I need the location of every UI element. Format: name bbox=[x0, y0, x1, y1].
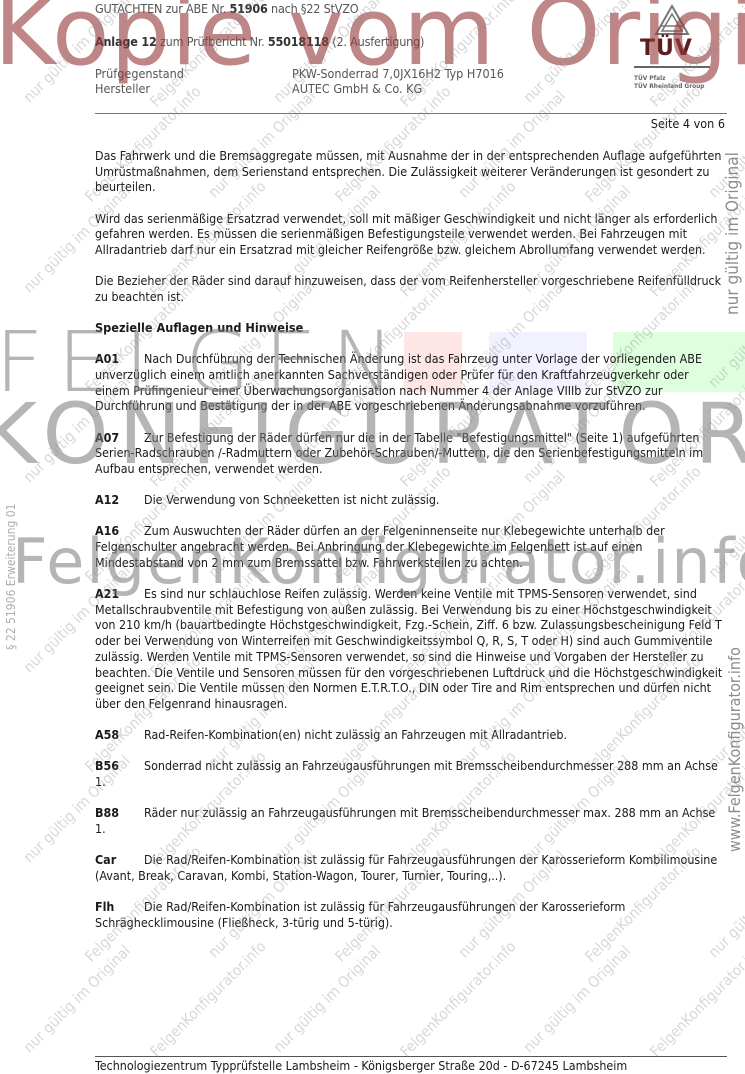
abe-number: 51906 bbox=[230, 1, 268, 16]
diagonal-watermark: FelgenKonfigurator.info bbox=[397, 937, 520, 1060]
value-test-object: PKW-Sonderrad 7,0JX16H2 Typ H7016 bbox=[292, 66, 504, 81]
condition-item: A16Zum Auswuchten der Räder dürfen an de… bbox=[95, 523, 725, 570]
condition-item: A58Rad-Reifen-Kombination(en) nicht zulä… bbox=[95, 727, 725, 743]
condition-item: A01Nach Durchführung der Technischen Änd… bbox=[95, 351, 725, 414]
footer-divider bbox=[95, 1056, 727, 1057]
condition-item: B56Sonderrad nicht zulässig an Fahrzeuga… bbox=[95, 758, 725, 789]
condition-item: FlhDie Rad/Reifen-Kombination ist zuläss… bbox=[95, 899, 725, 930]
diagonal-watermark: nur gültig im Original bbox=[520, 0, 634, 106]
condition-item: B88Räder nur zulässig an Fahrzeugausführ… bbox=[95, 805, 725, 836]
condition-item: CarDie Rad/Reifen-Kombination ist zuläss… bbox=[95, 852, 725, 883]
condition-text: Räder nur zulässig an Fahrzeugausführung… bbox=[95, 805, 715, 836]
paragraph: Wird das serienmäßige Ersatzrad verwende… bbox=[95, 211, 725, 258]
condition-text: Sonderrad nicht zulässig an Fahrzeugausf… bbox=[95, 758, 718, 789]
condition-text: Die Verwendung von Schneeketten ist nich… bbox=[144, 492, 439, 507]
tuv-divider bbox=[634, 66, 710, 68]
diagonal-watermark: nur gültig im Original bbox=[520, 942, 634, 1056]
tuv-brand: TÜV bbox=[640, 36, 693, 61]
watermark-vertical-site: www.FelgenKonfigurator.info bbox=[725, 647, 744, 852]
margin-reference: § 22 51906 Erweiterung 01 bbox=[4, 504, 18, 651]
condition-item: A07Zur Befestigung der Räder dürfen nur … bbox=[95, 430, 725, 477]
header-divider bbox=[95, 113, 727, 114]
tuv-sub-2: TÜV Rheinland Group bbox=[634, 82, 704, 90]
tuv-triangle-icon bbox=[654, 4, 690, 36]
report-number: 55018118 bbox=[268, 34, 329, 49]
document-page: GUTACHTEN zur ABE Nr. 51906 nach §22 StV… bbox=[0, 0, 745, 1074]
label-test-object: Prüfgegenstand bbox=[95, 66, 184, 81]
condition-text: Es sind nur schlauchlose Reifen zulässig… bbox=[95, 586, 722, 711]
condition-text: Nach Durchführung der Technischen Änderu… bbox=[95, 351, 702, 413]
anlage-label: Anlage 12 bbox=[95, 34, 157, 49]
tuv-sub-1: TÜV Pfalz bbox=[634, 74, 665, 82]
condition-text: Zur Befestigung der Räder dürfen nur die… bbox=[95, 430, 703, 476]
section-title: Spezielle Auflagen und Hinweise bbox=[95, 320, 725, 336]
paragraph: Das Fahrwerk und die Bremsaggregate müss… bbox=[95, 148, 725, 195]
condition-code: A58 bbox=[95, 727, 144, 743]
value-manufacturer: AUTEC GmbH & Co. KG bbox=[292, 81, 422, 96]
paragraph: Die Bezieher der Räder sind darauf hinzu… bbox=[95, 273, 725, 304]
condition-text: Rad-Reifen-Kombination(en) nicht zulässi… bbox=[144, 727, 567, 742]
condition-code: A07 bbox=[95, 430, 144, 446]
condition-code: B56 bbox=[95, 758, 144, 774]
diagonal-watermark: FelgenKonfigurator.info bbox=[647, 937, 745, 1060]
document-body: Das Fahrwerk und die Bremsaggregate müss… bbox=[95, 148, 725, 946]
condition-item: A21Es sind nur schlauchlose Reifen zuläs… bbox=[95, 586, 725, 712]
condition-item: A12Die Verwendung von Schneeketten ist n… bbox=[95, 492, 725, 508]
anlage-line: Anlage 12 zum Prüfbericht Nr. 55018118 (… bbox=[95, 34, 424, 49]
anlage-mid: zum Prüfbericht Nr. bbox=[157, 34, 268, 49]
diagonal-watermark: FelgenKonfigurator.info bbox=[147, 0, 270, 111]
page-indicator: Seite 4 von 6 bbox=[651, 116, 725, 131]
footer-address: Technologiezentrum Typprüfstelle Lambshe… bbox=[95, 1058, 627, 1073]
condition-code: A01 bbox=[95, 351, 144, 367]
condition-text: Die Rad/Reifen-Kombination ist zulässig … bbox=[95, 852, 717, 883]
document-title: GUTACHTEN zur ABE Nr. 51906 nach §22 StV… bbox=[95, 1, 358, 16]
condition-code: A21 bbox=[95, 586, 144, 602]
condition-code: Flh bbox=[95, 899, 144, 915]
anlage-suffix: (2. Ausfertigung) bbox=[329, 34, 424, 49]
diagonal-watermark: nur gültig im Original bbox=[20, 942, 134, 1056]
label-manufacturer: Hersteller bbox=[95, 81, 150, 96]
condition-text: Zum Auswuchten der Räder dürfen an der F… bbox=[95, 523, 665, 569]
tuv-logo: TÜV TÜV Pfalz TÜV Rheinland Group bbox=[632, 2, 712, 97]
condition-text: Die Rad/Reifen-Kombination ist zulässig … bbox=[95, 899, 625, 930]
title-suffix: nach §22 StVZO bbox=[268, 1, 359, 16]
title-prefix: GUTACHTEN zur ABE Nr. bbox=[95, 1, 230, 16]
diagonal-watermark: FelgenKonfigurator.info bbox=[147, 937, 270, 1060]
condition-code: A12 bbox=[95, 492, 144, 508]
watermark-vertical-original: nur gültig im Original bbox=[723, 152, 743, 315]
condition-code: B88 bbox=[95, 805, 144, 821]
condition-code: A16 bbox=[95, 523, 144, 539]
diagonal-watermark: nur gültig im Original bbox=[270, 942, 384, 1056]
condition-code: Car bbox=[95, 852, 144, 868]
